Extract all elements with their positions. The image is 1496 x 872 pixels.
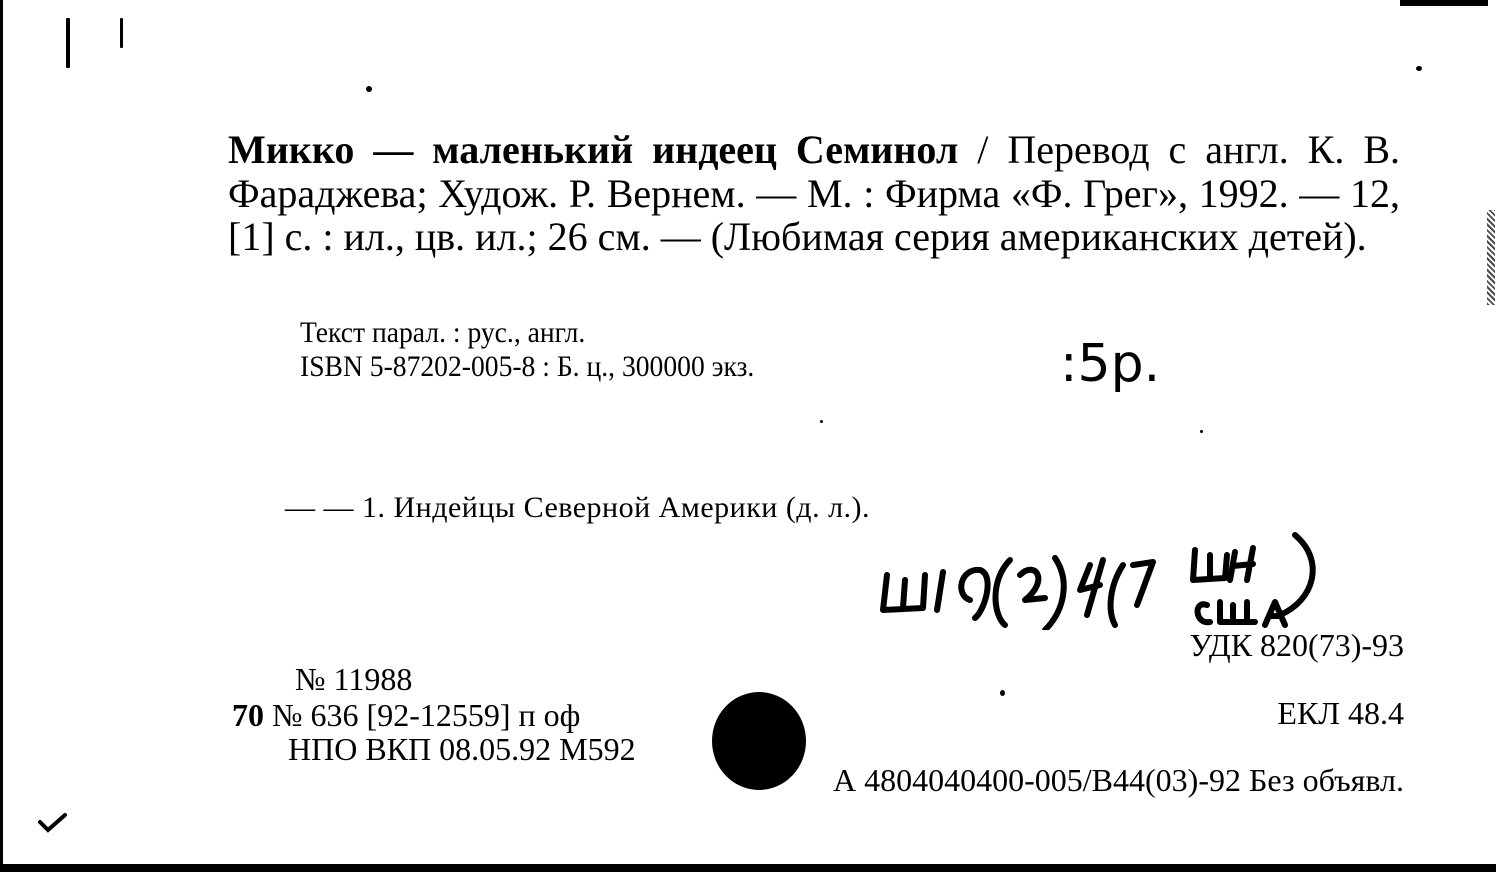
scan-speck bbox=[1000, 690, 1005, 696]
scan-border-bottom bbox=[0, 864, 1496, 872]
ekl-classification: ЕКЛ 48.4 bbox=[1277, 695, 1404, 732]
card-number: № 11988 bbox=[295, 661, 412, 698]
scan-speck bbox=[1200, 430, 1203, 433]
isbn-note: ISBN 5-87202-005-8 : Б. ц., 300000 экз. bbox=[300, 350, 754, 384]
udk-classification: УДК 820(73)-93 bbox=[1189, 627, 1404, 664]
bibliographic-entry: Микко — маленький индеец Семинол / Перев… bbox=[228, 128, 1400, 259]
scan-speck bbox=[366, 86, 372, 92]
handwritten-shelfmark bbox=[875, 530, 1425, 630]
price-stamp: :5р. bbox=[1060, 334, 1160, 394]
order-prefix: 70 bbox=[232, 697, 264, 733]
printer-line: НПО ВКП 08.05.92 М592 bbox=[288, 731, 636, 768]
scan-stroke bbox=[120, 18, 123, 48]
order-line: 70 № 636 [92-12559] п оф bbox=[232, 697, 580, 734]
scan-noise bbox=[1487, 210, 1495, 305]
language-note: Текст парал. : рус., англ. bbox=[300, 316, 585, 350]
check-mark-icon bbox=[38, 812, 68, 834]
order-text: № 636 [92-12559] п оф bbox=[264, 697, 580, 733]
catalog-card: Микко — маленький индеец Семинол / Перев… bbox=[0, 0, 1496, 872]
scan-speck bbox=[820, 420, 823, 423]
scan-speck bbox=[1416, 66, 1422, 71]
scan-border-top bbox=[1400, 0, 1488, 6]
scan-border-left bbox=[0, 0, 3, 872]
handwriting-scribble-icon bbox=[875, 530, 1425, 630]
publication-code: А 4804040400-005/В44(03)-92 Без объявл. bbox=[833, 762, 1404, 799]
book-title: Микко — маленький индеец Семинол bbox=[228, 127, 958, 172]
scan-stroke bbox=[66, 18, 70, 68]
punch-hole bbox=[712, 692, 806, 790]
subject-heading: — — 1. Индейцы Северной Америки (д. л.). bbox=[285, 491, 870, 525]
